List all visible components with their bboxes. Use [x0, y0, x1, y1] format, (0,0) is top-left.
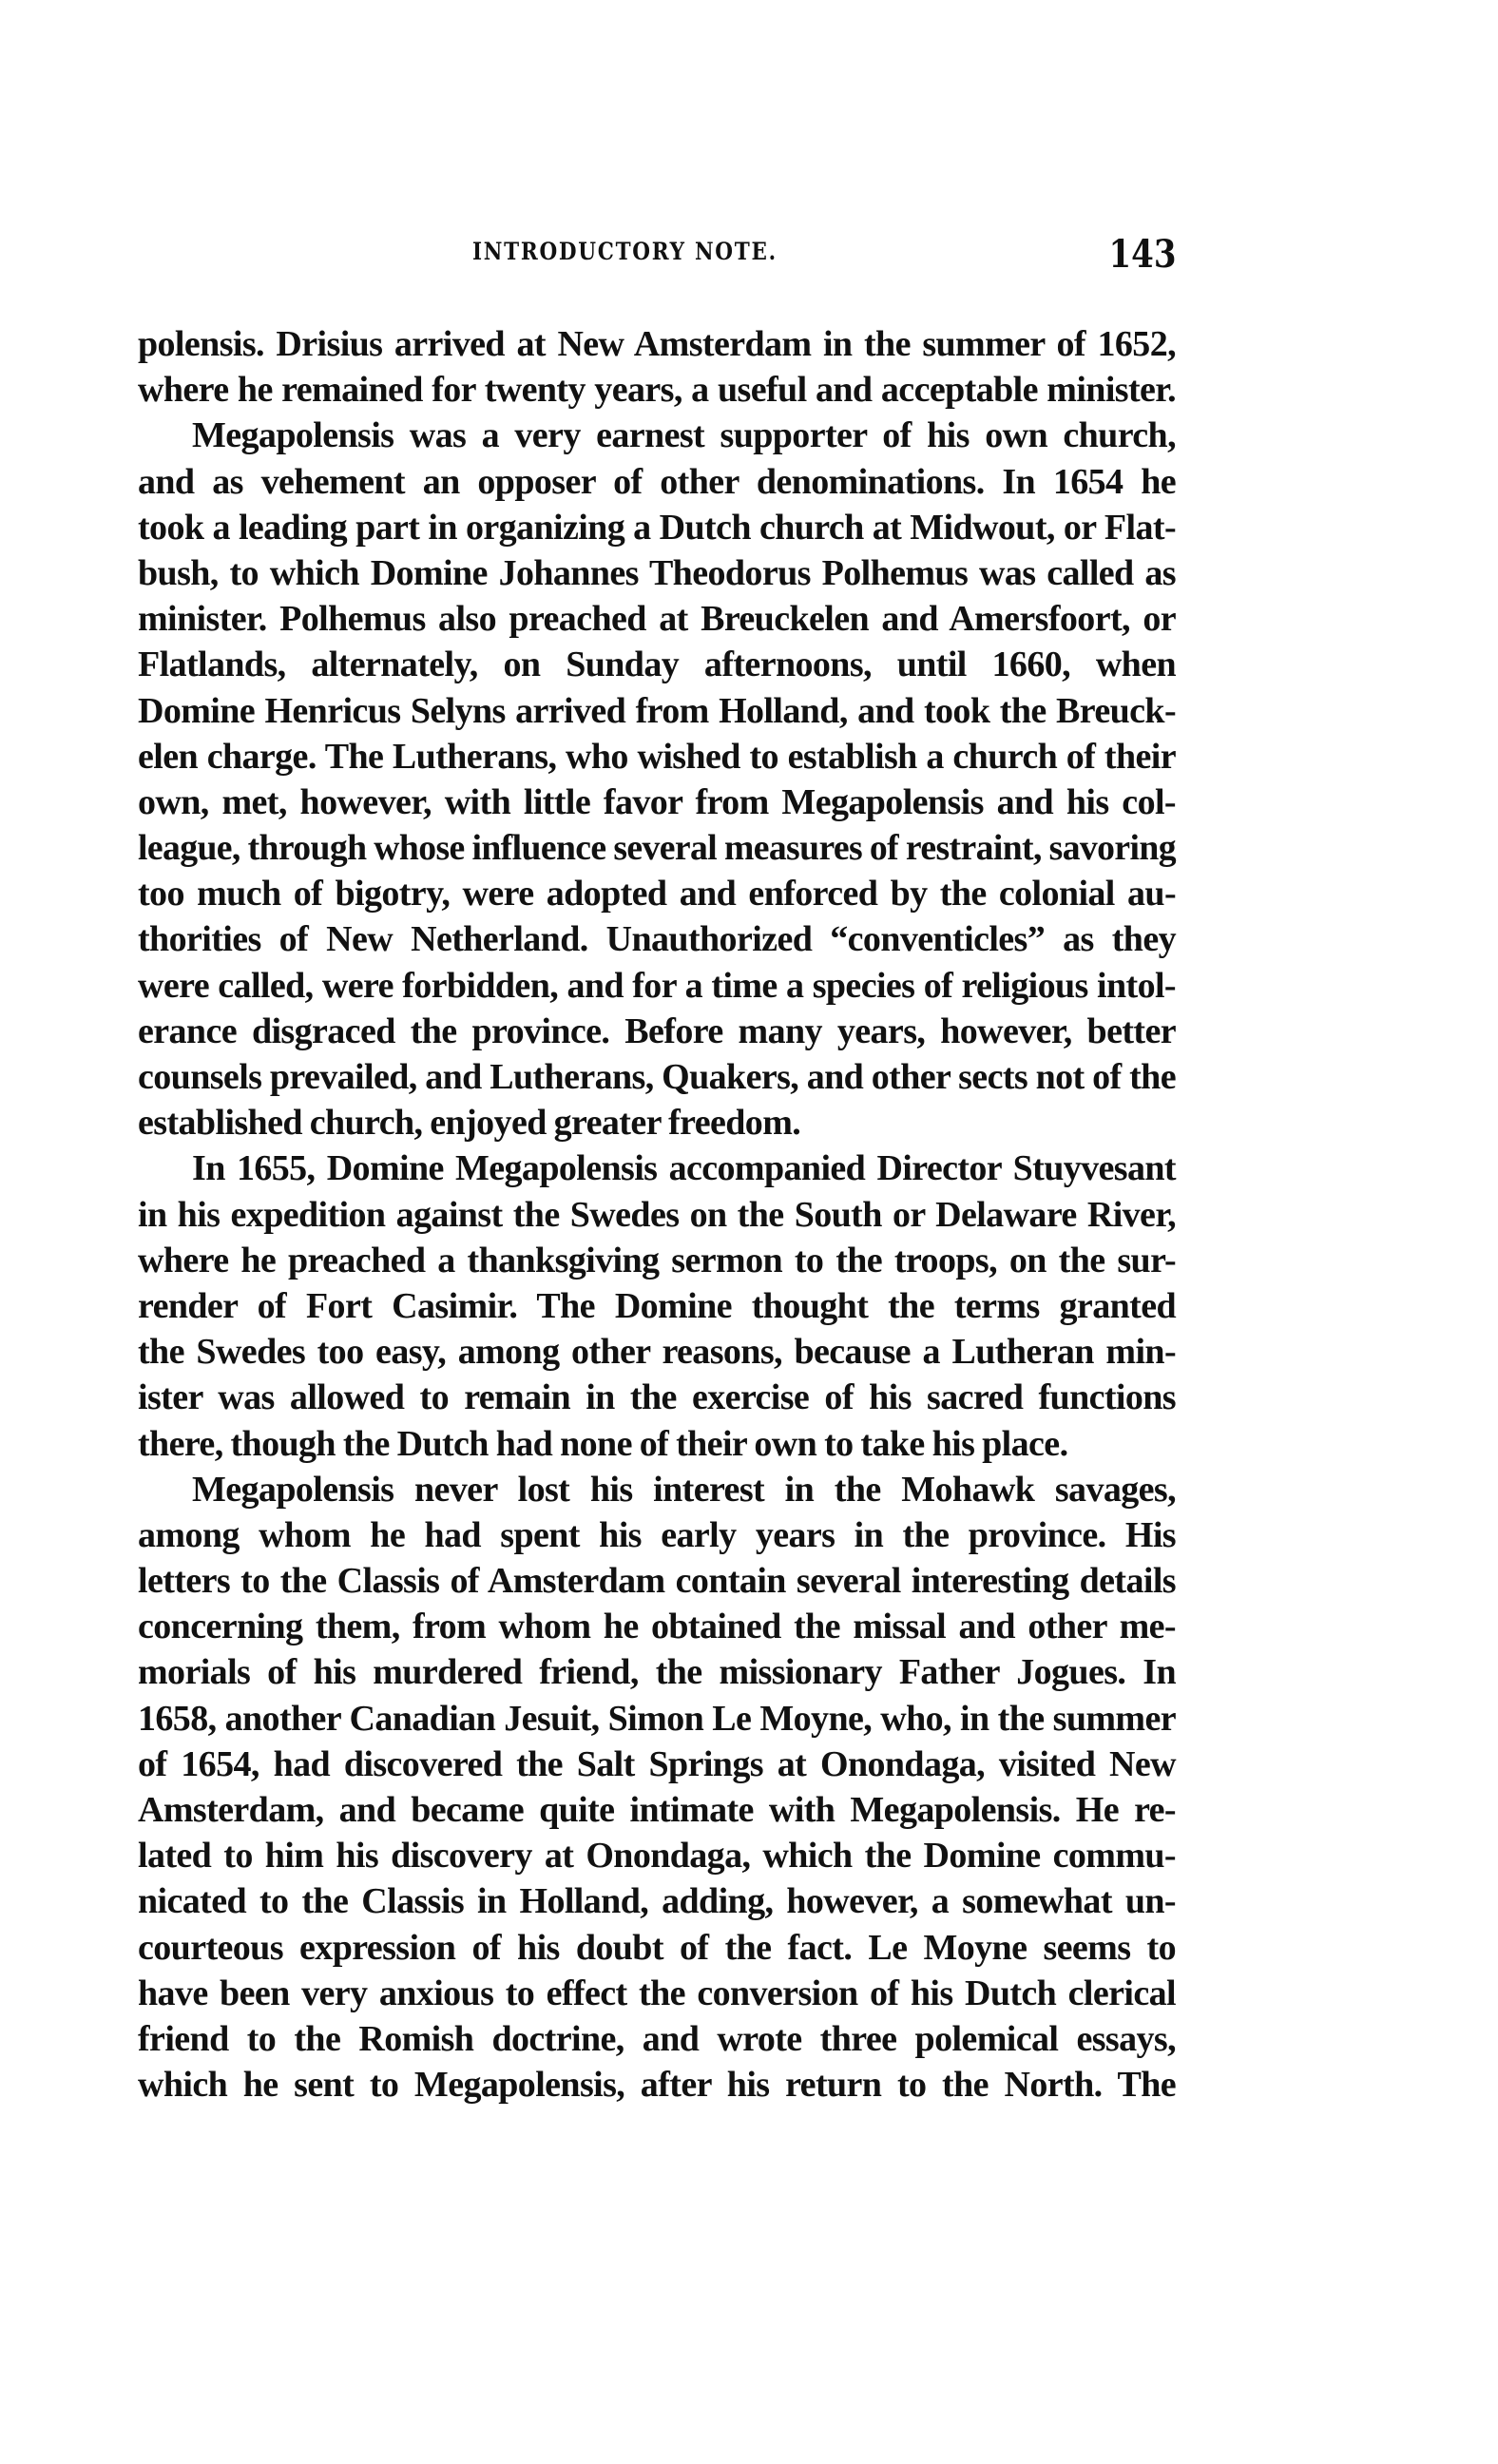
- text-line: in his expedition against the Swedes on …: [138, 1192, 1176, 1238]
- text-line: nicated to the Classis in Holland, addin…: [138, 1878, 1176, 1924]
- text-line: morials of his murdered friend, the miss…: [138, 1649, 1176, 1695]
- text-line: where he preached a thanksgiving sermon …: [138, 1238, 1176, 1283]
- page-number: 143: [1108, 232, 1176, 277]
- text-line: Flatlands, alternately, on Sunday aftern…: [138, 642, 1176, 687]
- text-line: have been very anxious to effect the con…: [138, 1971, 1176, 2016]
- book-page: INTRODUCTORY NOTE. 143 polensis. Drisius…: [0, 0, 1498, 2464]
- text-line: established church, enjoyed greater free…: [138, 1100, 1176, 1145]
- body-text: polensis. Drisius arrived at New Amsterd…: [138, 321, 1176, 2108]
- paragraph-first-line: In 1655, Domine Megapolensis accompanied…: [138, 1145, 1176, 1191]
- text-line: where he remained for twenty years, a us…: [138, 367, 1176, 413]
- text-line: Amsterdam, and became quite intimate wit…: [138, 1787, 1176, 1833]
- text-line: took a leading part in organizing a Dutc…: [138, 505, 1176, 550]
- text-line: bush, to which Domine Johannes Theodorus…: [138, 550, 1176, 596]
- text-line: too much of bigotry, were adopted and en…: [138, 871, 1176, 916]
- text-line: 1658, another Canadian Jesuit, Simon Le …: [138, 1696, 1176, 1742]
- text-line: league, through whose influence several …: [138, 825, 1176, 871]
- text-line: friend to the Romish doctrine, and wrote…: [138, 2016, 1176, 2062]
- text-line: and as vehement an opposer of other deno…: [138, 459, 1176, 505]
- text-line: erance disgraced the province. Before ma…: [138, 1009, 1176, 1054]
- text-line: render of Fort Casimir. The Domine thoug…: [138, 1283, 1176, 1329]
- running-title: INTRODUCTORY NOTE.: [472, 238, 778, 265]
- text-line: letters to the Classis of Amsterdam cont…: [138, 1558, 1176, 1604]
- text-line: own, met, however, with little favor fro…: [138, 780, 1176, 825]
- text-line: there, though the Dutch had none of thei…: [138, 1421, 1176, 1467]
- paragraph-first-line: Megapolensis never lost his interest in …: [138, 1467, 1176, 1512]
- text-line: of 1654, had discovered the Salt Springs…: [138, 1742, 1176, 1787]
- text-line: polensis. Drisius arrived at New Amsterd…: [138, 321, 1176, 367]
- text-line: minister. Polhemus also preached at Breu…: [138, 596, 1176, 642]
- text-line: were called, were forbidden, and for a t…: [138, 963, 1176, 1009]
- text-line: the Swedes too easy, among other reasons…: [138, 1329, 1176, 1375]
- text-line: counsels prevailed, and Lutherans, Quake…: [138, 1054, 1176, 1100]
- text-line: thorities of New Netherland. Unauthorize…: [138, 916, 1176, 962]
- text-line: courteous expression of his doubt of the…: [138, 1925, 1176, 1971]
- text-line: elen charge. The Lutherans, who wished t…: [138, 734, 1176, 780]
- text-line: ister was allowed to remain in the exerc…: [138, 1375, 1176, 1420]
- running-head: INTRODUCTORY NOTE. 143: [138, 232, 1176, 274]
- text-line: concerning them, from whom he obtained t…: [138, 1604, 1176, 1649]
- text-line: lated to him his discovery at Onondaga, …: [138, 1833, 1176, 1878]
- text-line: which he sent to Megapolensis, after his…: [138, 2062, 1176, 2108]
- text-line: among whom he had spent his early years …: [138, 1512, 1176, 1558]
- text-line: Domine Henricus Selyns arrived from Holl…: [138, 688, 1176, 734]
- paragraph-first-line: Megapolensis was a very earnest supporte…: [138, 413, 1176, 458]
